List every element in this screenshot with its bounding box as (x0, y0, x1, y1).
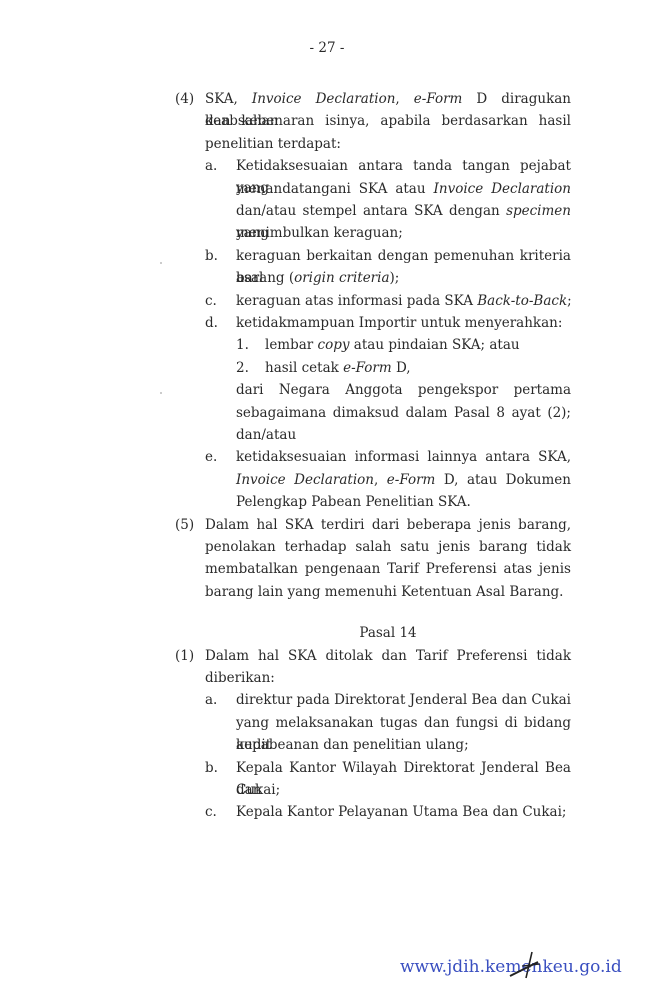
list-item-line: Pelengkap Pabean Penelitian SKA. (236, 491, 471, 513)
paragraph-line: penelitian terdapat: (205, 133, 341, 155)
paragraph-line: barang lain yang memenuhi Ketentuan Asal… (205, 581, 563, 603)
list-item-line: sebagaimana dimaksud dalam Pasal 8 ayat … (236, 402, 571, 424)
paragraph-number: (5) (175, 514, 194, 536)
sublist-item-label: 2. (236, 357, 249, 379)
list-item-line: dan/atau (236, 424, 296, 446)
list-item-label: d. (205, 312, 218, 334)
list-item-line: menimbulkan keraguan; (236, 222, 403, 244)
sublist-item-line: lembar copy atau pindaian SKA; atau (265, 334, 520, 356)
paragraph-line: Dalam hal SKA terdiri dari beberapa jeni… (205, 514, 571, 536)
paragraph-line: penolakan terhadap salah satu jenis bara… (205, 536, 571, 558)
list-item-line: kepabeanan dan penelitian ulang; (236, 734, 469, 756)
list-item-label: c. (205, 801, 217, 823)
list-item-line: ketidakmampuan Importir untuk menyerahka… (236, 312, 562, 334)
list-item-line: keraguan atas informasi pada SKA Back-to… (236, 290, 572, 312)
paragraph-line: membatalkan pengenaan Tarif Preferensi a… (205, 558, 571, 580)
list-item-line: Cukai; (236, 779, 280, 801)
paragraph-line: Dalam hal SKA ditolak dan Tarif Preferen… (205, 645, 571, 667)
list-item-line: barang (origin criteria); (236, 267, 399, 289)
list-item-line: Invoice Declaration, e-Form D, atau Doku… (236, 469, 571, 491)
article-heading: Pasal 14 (205, 622, 571, 644)
list-item-line: Kepala Kantor Pelayanan Utama Bea dan Cu… (236, 801, 566, 823)
list-item-line: direktur pada Direktorat Jenderal Bea da… (236, 689, 571, 711)
sublist-item-label: 1. (236, 334, 249, 356)
scan-speck (160, 262, 162, 264)
page-number: - 27 - (0, 40, 654, 56)
list-item-label: a. (205, 689, 217, 711)
list-item-label: a. (205, 155, 217, 177)
list-item-line: menandatangani SKA atau Invoice Declarat… (236, 178, 571, 200)
list-item-label: e. (205, 446, 217, 468)
list-item-label: b. (205, 245, 218, 267)
paragraph-number: (1) (175, 645, 194, 667)
list-item-line: Kepala Kantor Wilayah Direktorat Jendera… (236, 757, 571, 801)
list-item-label: b. (205, 757, 218, 779)
paragraph-line: dan kebenaran isinya, apabila berdasarka… (205, 110, 571, 132)
scan-speck (160, 392, 162, 394)
paragraph-number: (4) (175, 88, 194, 110)
signature-initial-icon (508, 948, 548, 982)
list-item-line: ketidaksesuaian informasi lainnya antara… (236, 446, 571, 468)
list-item-label: c. (205, 290, 217, 312)
sublist-item-line: hasil cetak e-Form D, (265, 357, 411, 379)
paragraph-line: diberikan: (205, 667, 275, 689)
list-item-line: dari Negara Anggota pengekspor pertama (236, 379, 571, 401)
